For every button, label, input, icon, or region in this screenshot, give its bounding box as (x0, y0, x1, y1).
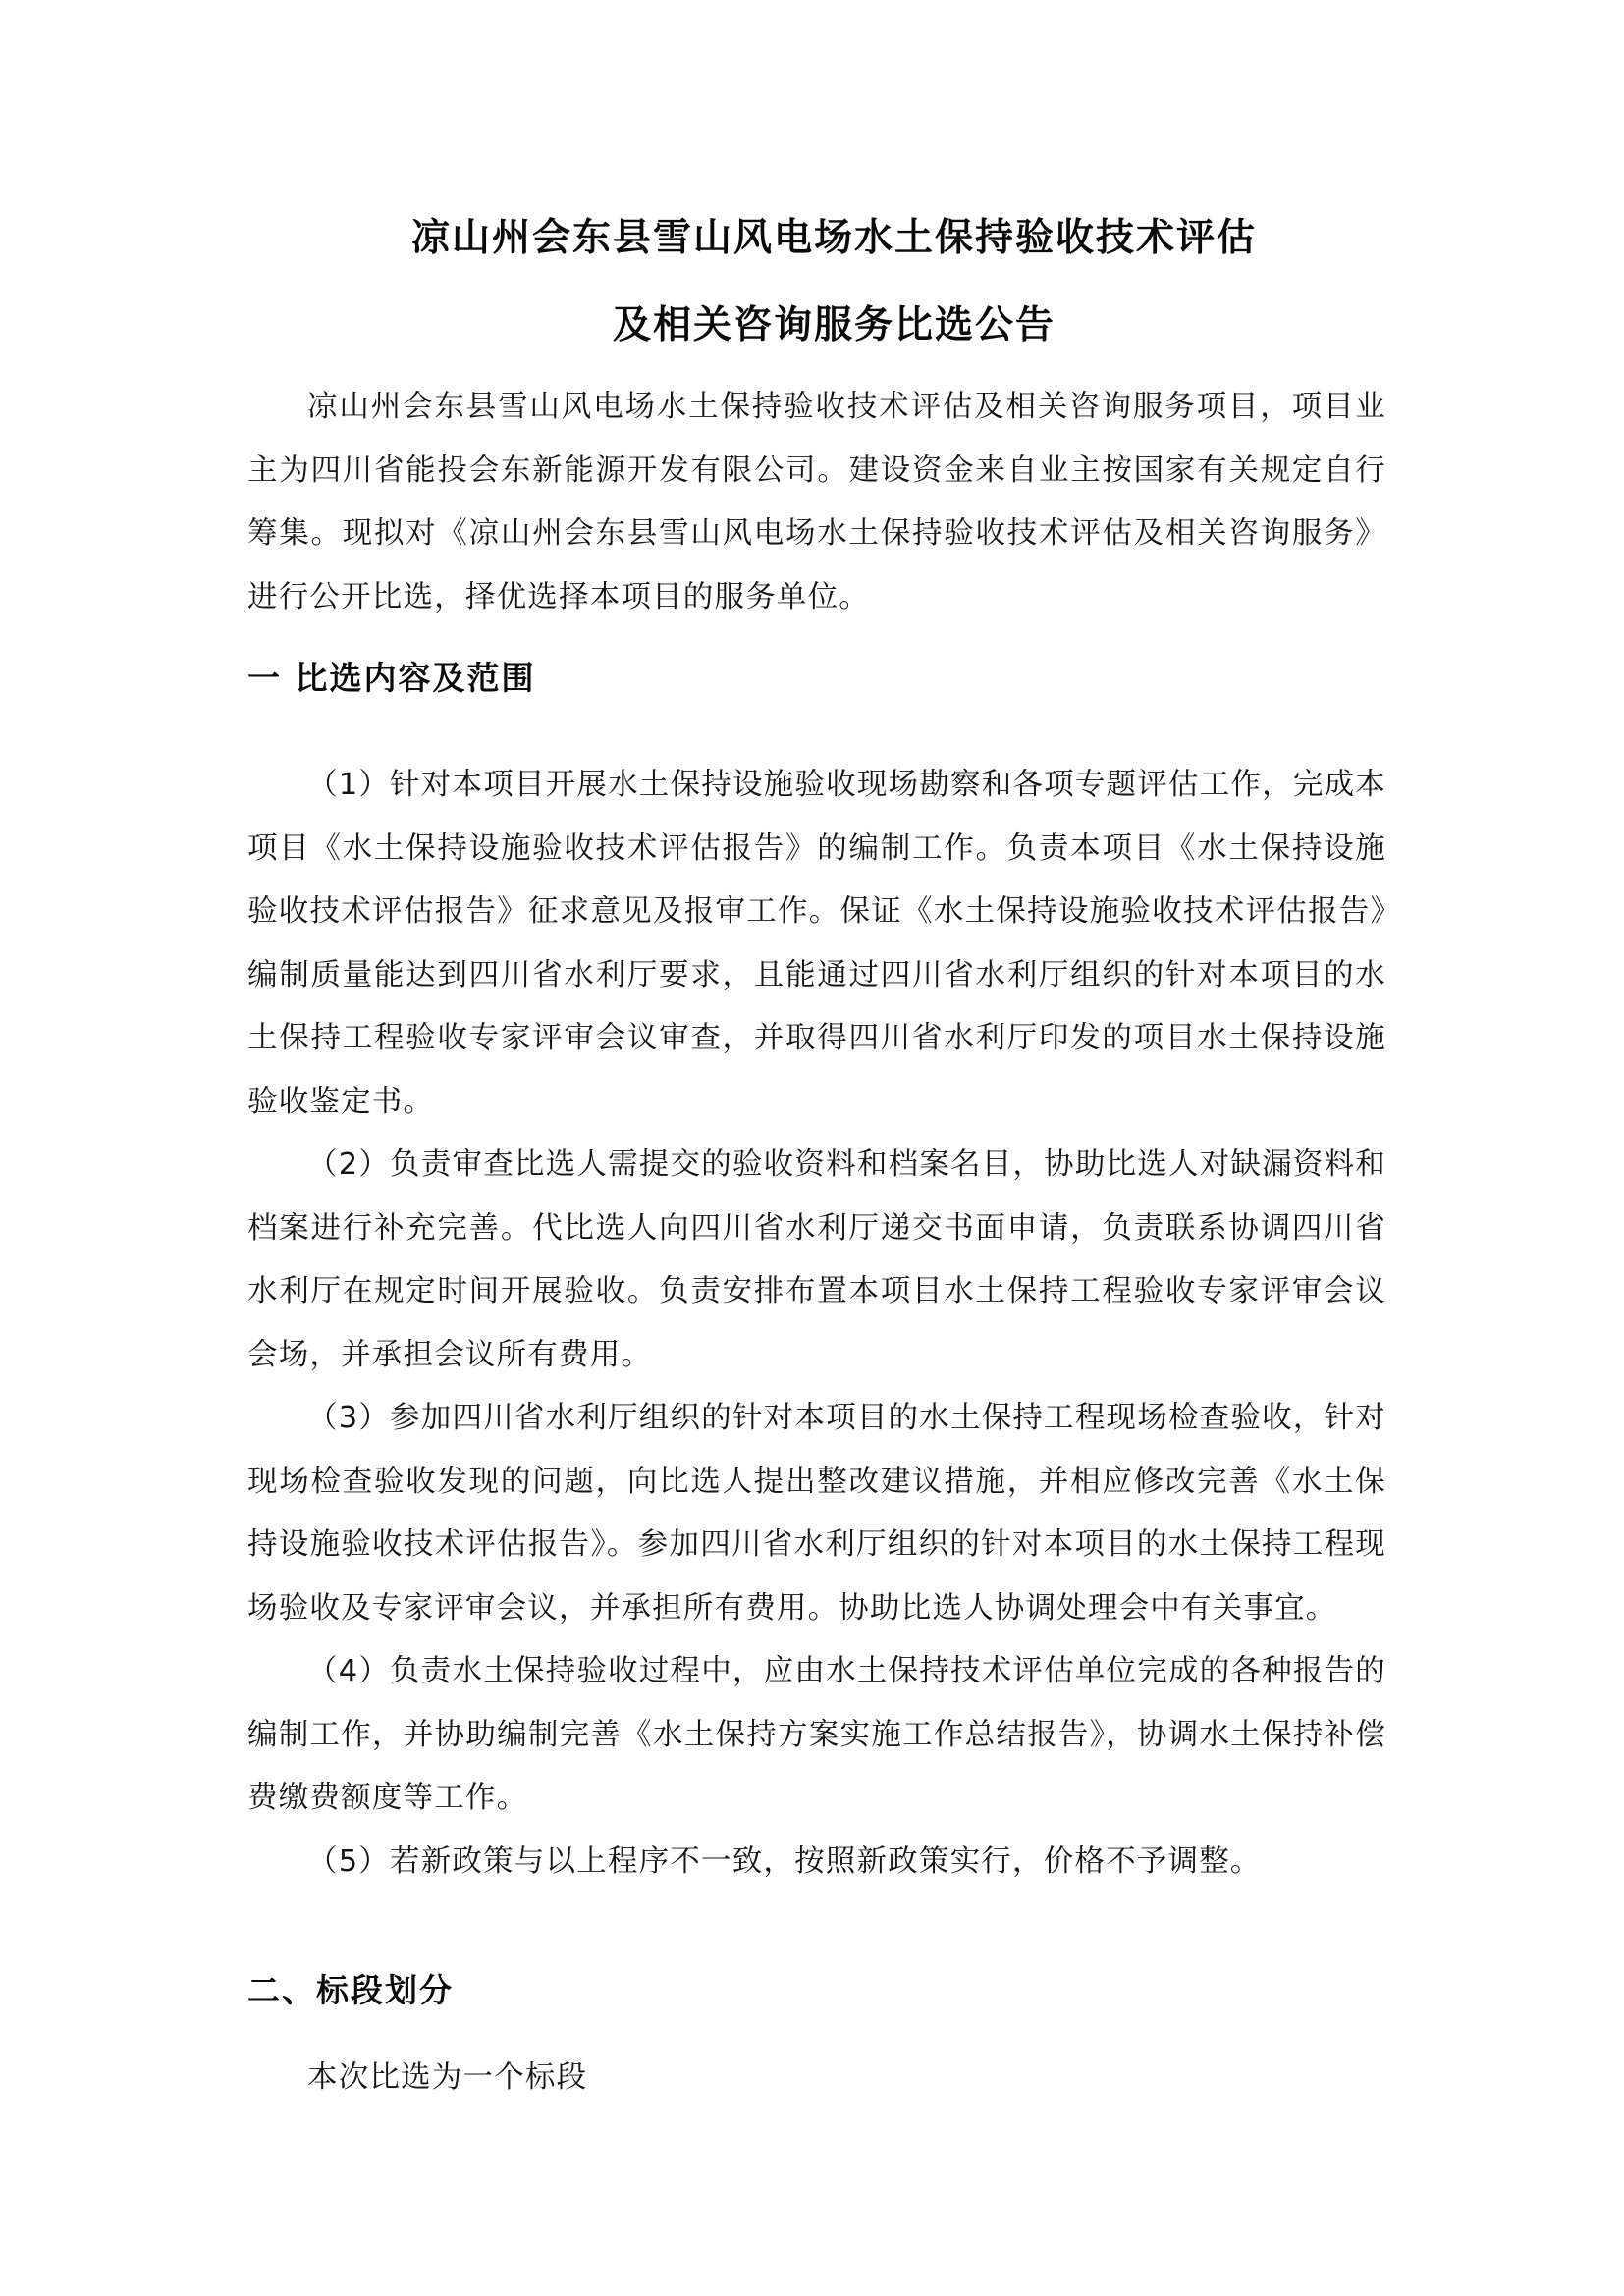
section-2-content: 本次比选为一个标段 (247, 2047, 1386, 2110)
document-page: 凉山州会东县雪山风电场水土保持验收技术评估 及相关咨询服务比选公告 凉山州会东县… (0, 0, 1624, 2296)
section-2-item-1: 本次比选为一个标段 (247, 2047, 1386, 2110)
intro-paragraph-block: 凉山州会东县雪山风电场水土保持验收技术评估及相关咨询服务项目，项目业主为四川省能… (247, 376, 1386, 629)
intro-paragraph: 凉山州会东县雪山风电场水土保持验收技术评估及相关咨询服务项目，项目业主为四川省能… (247, 376, 1386, 629)
document-title-line-2: 及相关咨询服务比选公告 (0, 301, 1624, 350)
section-1-item-3: （3）参加四川省水利厅组织的针对本项目的水土保持工程现场检查验收，针对现场检查验… (247, 1387, 1386, 1640)
document-title-line-1: 凉山州会东县雪山风电场水土保持验收技术评估 (0, 214, 1624, 263)
section-1-item-4: （4）负责水土保持验收过程中，应由水土保持技术评估单位完成的各种报告的编制工作，… (247, 1640, 1386, 1831)
section-heading-1: 一 比选内容及范围 (247, 654, 536, 703)
section-1-item-1: （1）针对本项目开展水土保持设施验收现场勘察和各项专题评估工作，完成本项目《水土… (247, 754, 1386, 1134)
section-1-item-5: （5）若新政策与以上程序不一致，按照新政策实行，价格不予调整。 (247, 1831, 1386, 1895)
section-1-item-2: （2）负责审查比选人需提交的验收资料和档案名目，协助比选人对缺漏资料和档案进行补… (247, 1134, 1386, 1387)
section-heading-2: 二、标段划分 (247, 1966, 454, 2015)
section-1-content: （1）针对本项目开展水土保持设施验收现场勘察和各项专题评估工作，完成本项目《水土… (247, 754, 1386, 1894)
